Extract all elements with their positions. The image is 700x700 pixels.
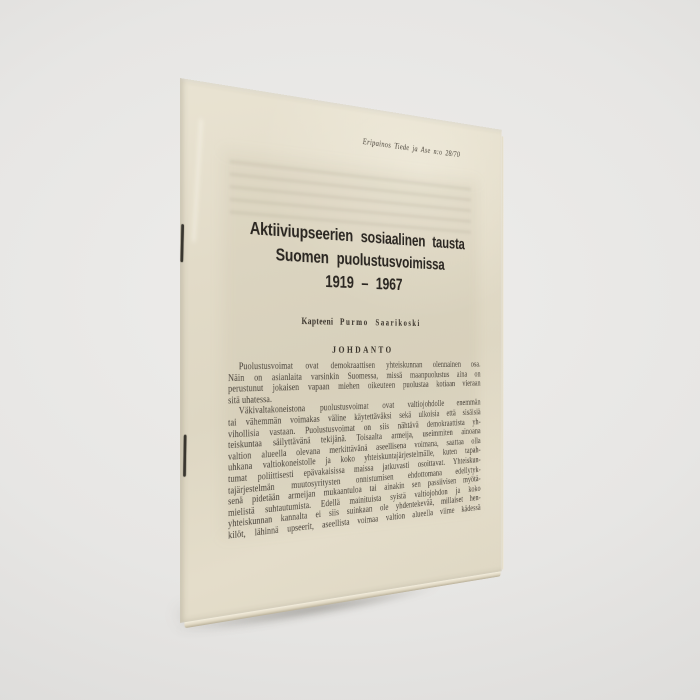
reprint-note: Eripainos Tiede ja Ase n:o 28/70 <box>363 137 460 161</box>
body-text: Puolustusvoimat ovat demokraattisen yhte… <box>228 360 481 542</box>
section-heading: JOHDANTO <box>231 345 475 356</box>
author-name: Purmo Saarikoski <box>340 317 421 328</box>
booklet-cover: Eripainos Tiede ja Ase n:o 28/70 Aktiivi… <box>180 78 502 623</box>
cover-crease <box>192 119 203 242</box>
photo-background: Eripainos Tiede ja Ase n:o 28/70 Aktiivi… <box>0 0 700 700</box>
staple-bottom <box>183 435 186 477</box>
author-rank: Kapteeni <box>301 317 333 328</box>
staple-top <box>180 224 184 262</box>
booklet: Eripainos Tiede ja Ase n:o 28/70 Aktiivi… <box>180 78 502 623</box>
